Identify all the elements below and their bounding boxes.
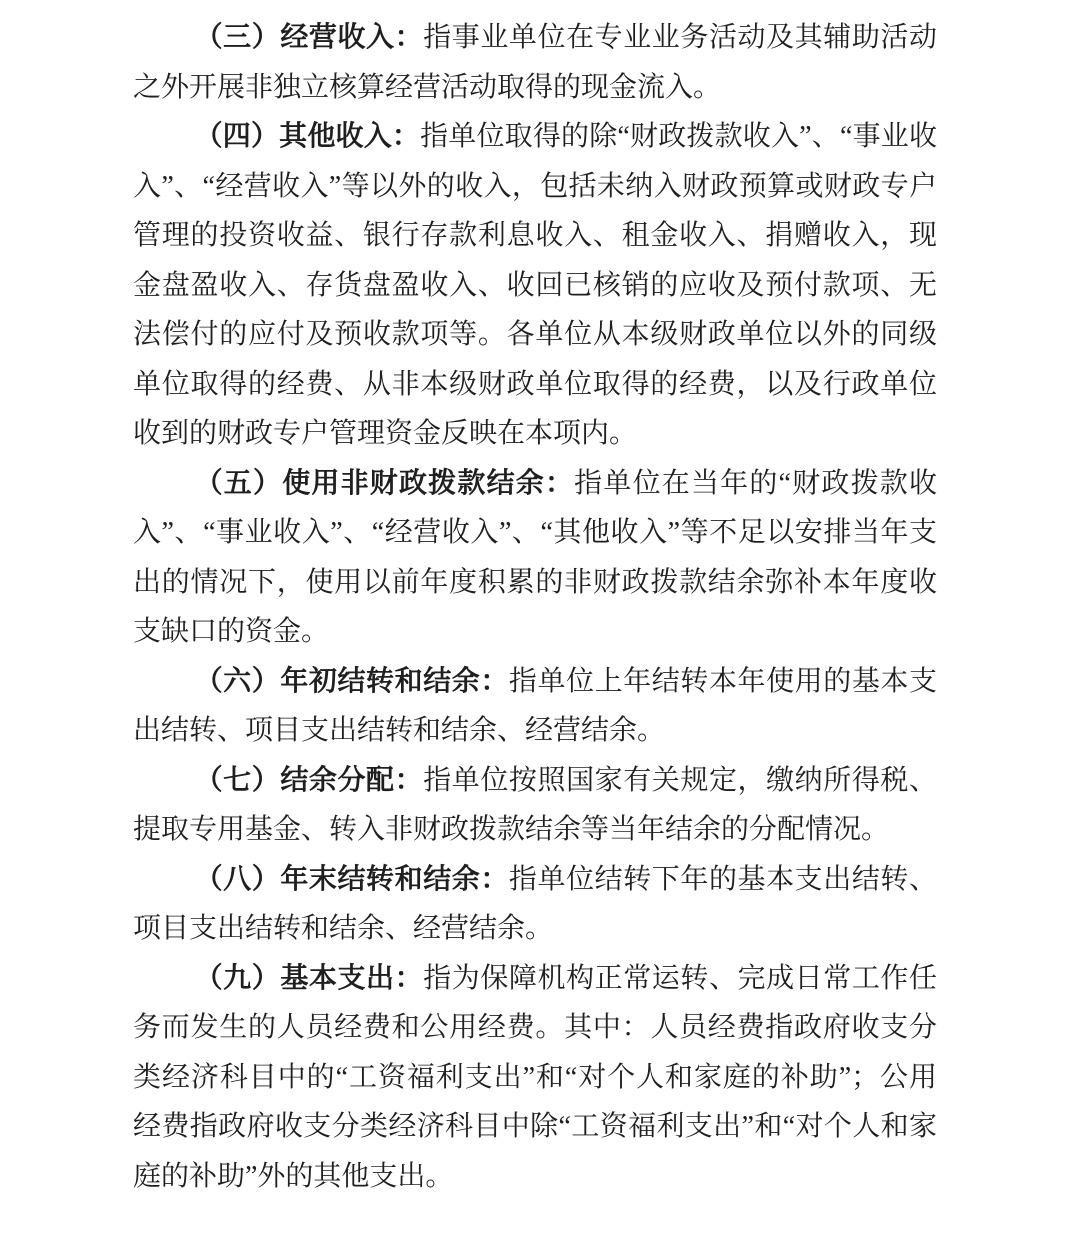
paragraph-basic-expenditure: （九）基本支出：指为保障机构正常运转、完成日常工作任务而发生的人员经费和公用经费… xyxy=(133,954,937,1202)
paragraph-body: 指单位取得的除“财政拨款收入”、“事业收入”、“经营收入”等以外的收入，包括未纳… xyxy=(133,121,937,449)
document-page: （三）经营收入：指事业单位在专业业务活动及其辅助活动之外开展非独立核算经营活动取… xyxy=(0,0,1075,1236)
paragraph-other-income: （四）其他收入：指单位取得的除“财政拨款收入”、“事业收入”、“经营收入”等以外… xyxy=(133,112,937,459)
paragraph-heading: （五）使用非财政拨款结余： xyxy=(195,468,575,499)
paragraph-heading: （四）其他收入： xyxy=(195,121,421,152)
paragraph-heading: （六）年初结转和结余： xyxy=(195,666,509,697)
paragraph-body: 指为保障机构正常运转、完成日常工作任务而发生的人员经费和公用经费。其中：人员经费… xyxy=(133,963,937,1192)
paragraph-surplus-distribution: （七）结余分配：指单位按照国家有关规定，缴纳所得税、提取专用基金、转入非财政拨款… xyxy=(133,756,937,855)
paragraph-non-fiscal-surplus-use: （五）使用非财政拨款结余：指单位在当年的“财政拨款收入”、“事业收入”、“经营收… xyxy=(133,459,937,657)
paragraph-heading: （八）年末结转和结余： xyxy=(195,864,509,895)
paragraph-heading: （七）结余分配： xyxy=(195,765,424,796)
paragraph-heading: （三）经营收入： xyxy=(195,22,424,53)
paragraph-heading: （九）基本支出： xyxy=(195,963,424,994)
paragraph-year-end-carryover: （八）年末结转和结余：指单位结转下年的基本支出结转、项目支出结转和结余、经营结余… xyxy=(133,855,937,954)
paragraph-beginning-year-carryover: （六）年初结转和结余：指单位上年结转本年使用的基本支出结转、项目支出结转和结余、… xyxy=(133,657,937,756)
paragraph-operating-income: （三）经营收入：指事业单位在专业业务活动及其辅助活动之外开展非独立核算经营活动取… xyxy=(133,13,937,112)
